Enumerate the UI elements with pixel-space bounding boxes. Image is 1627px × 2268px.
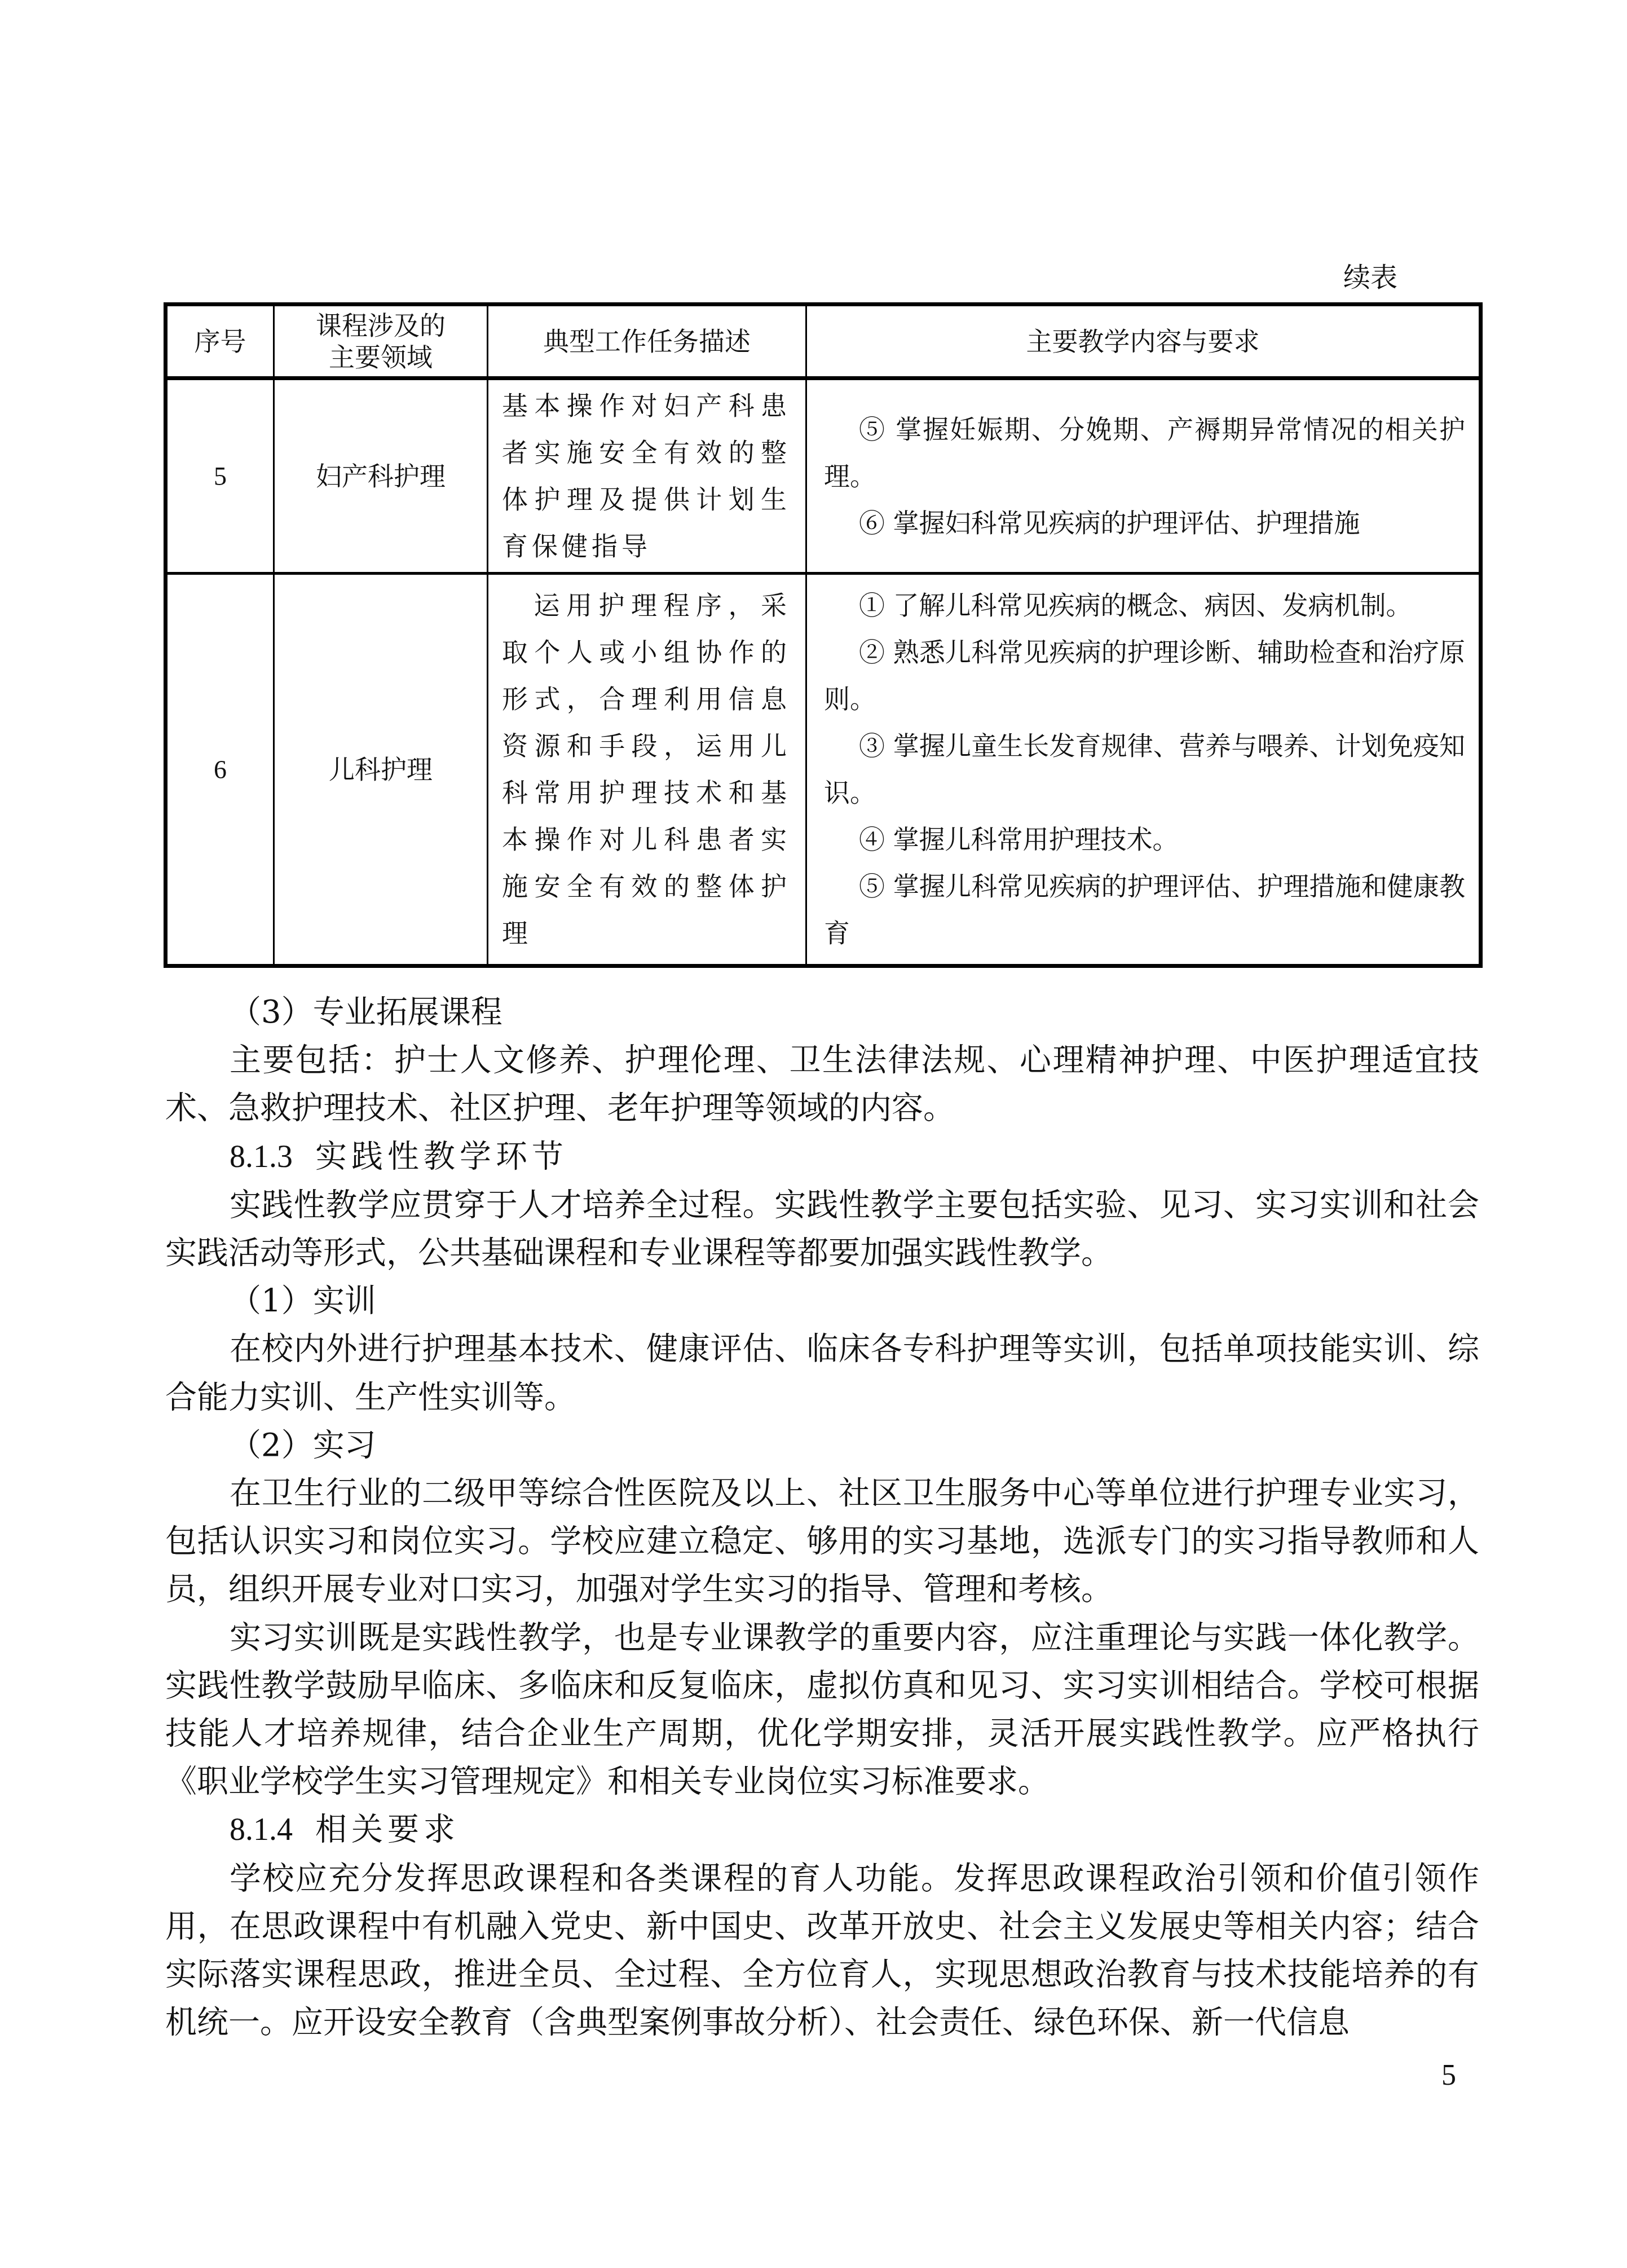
header-area: 课程涉及的 主要领域 — [274, 305, 488, 378]
section-number: 8.1.3 — [230, 1139, 293, 1174]
paragraph: 在校内外进行护理基本技术、健康评估、临床各专科护理等实训，包括单项技能实训、综合… — [165, 1325, 1479, 1421]
body-text: （3）专业拓展课程 主要包括：护士人文修养、护理伦理、卫生法律法规、心理精神护理… — [165, 988, 1479, 2046]
row-content: ① 了解儿科常见疾病的概念、病因、发病机制。 ② 熟悉儿科常见疾病的护理诊断、辅… — [806, 574, 1481, 966]
continued-table-label: 续表 — [1343, 261, 1397, 294]
section-heading: 8.1.4相关要求 — [165, 1805, 1479, 1854]
section-number: 8.1.4 — [230, 1812, 293, 1847]
paragraph: 实习实训既是实践性教学，也是专业课教学的重要内容，应注重理论与实践一体化教学。实… — [165, 1614, 1479, 1806]
header-area-line2: 主要领域 — [275, 341, 487, 373]
header-area-line1: 课程涉及的 — [275, 310, 487, 341]
row-content: ⑤ 掌握妊娠期、分娩期、产褥期异常情况的相关护理。 ⑥ 掌握妇科常见疾病的护理评… — [806, 378, 1481, 574]
subsection-title: （2）实习 — [165, 1421, 1479, 1469]
table-header-row: 序号 课程涉及的 主要领域 典型工作任务描述 主要教学内容与要求 — [166, 305, 1481, 378]
row-task-text: 运用护理程序，采取个人或小组协作的形式，合理利用信息资源和手段，运用儿科常用护理… — [502, 590, 791, 948]
row-area: 妇产科护理 — [274, 378, 488, 574]
table-row: 6 儿科护理 运用护理程序，采取个人或小组协作的形式，合理利用信息资源和手段，运… — [166, 574, 1481, 966]
content-item: ③ 掌握儿童生长发育规律、营养与喂养、计划免疫知识。 — [824, 723, 1465, 816]
page-number: 5 — [1441, 2059, 1456, 2092]
content-item: ⑥ 掌握妇科常见疾病的护理评估、护理措施 — [824, 500, 1465, 547]
section-heading: 8.1.3实践性教学环节 — [165, 1133, 1479, 1181]
section-title: 实践性教学环节 — [315, 1138, 568, 1175]
content-item: ① 了解儿科常见疾病的概念、病因、发病机制。 — [824, 582, 1465, 629]
section-title: 相关要求 — [315, 1811, 460, 1848]
row-area: 儿科护理 — [274, 574, 488, 966]
curriculum-table: 序号 课程涉及的 主要领域 典型工作任务描述 主要教学内容与要求 5 妇产科护理… — [164, 302, 1483, 968]
paragraph: 主要包括：护士人文修养、护理伦理、卫生法律法规、心理精神护理、中医护理适宜技术、… — [165, 1036, 1479, 1132]
header-content: 主要教学内容与要求 — [806, 305, 1481, 378]
row-num: 6 — [166, 574, 274, 966]
row-num: 5 — [166, 378, 274, 574]
paragraph: 学校应充分发挥思政课程和各类课程的育人功能。发挥思政课程政治引领和价值引领作用，… — [165, 1855, 1479, 2047]
row-task: 运用护理程序，采取个人或小组协作的形式，合理利用信息资源和手段，运用儿科常用护理… — [488, 574, 806, 966]
content-item: ⑤ 掌握妊娠期、分娩期、产褥期异常情况的相关护理。 — [824, 406, 1465, 500]
subsection-title: （1）实训 — [165, 1277, 1479, 1325]
header-num: 序号 — [166, 305, 274, 378]
content-item: ④ 掌握儿科常用护理技术。 — [824, 816, 1465, 863]
subsection-title: （3）专业拓展课程 — [165, 988, 1479, 1036]
row-task: 基本操作对妇产科患者实施安全有效的整体护理及提供计划生育保健指导 — [488, 378, 806, 574]
content-item: ② 熟悉儿科常见疾病的护理诊断、辅助检查和治疗原则。 — [824, 629, 1465, 723]
paragraph: 在卫生行业的二级甲等综合性医院及以上、社区卫生服务中心等单位进行护理专业实习，包… — [165, 1469, 1479, 1614]
paragraph: 实践性教学应贯穿于人才培养全过程。实践性教学主要包括实验、见习、实习实训和社会实… — [165, 1181, 1479, 1277]
content-item: ⑤ 掌握儿科常见疾病的护理评估、护理措施和健康教育 — [824, 863, 1465, 957]
table-row: 5 妇产科护理 基本操作对妇产科患者实施安全有效的整体护理及提供计划生育保健指导… — [166, 378, 1481, 574]
header-task: 典型工作任务描述 — [488, 305, 806, 378]
